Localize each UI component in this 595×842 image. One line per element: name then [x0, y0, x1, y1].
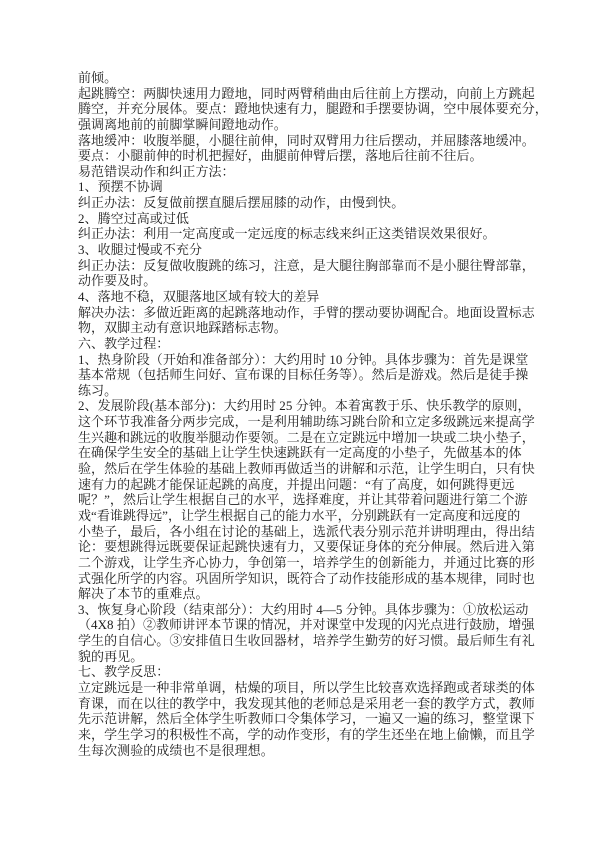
- text-line: 解决了本节的重难点。: [78, 586, 539, 602]
- text-line: 七、教学反思：: [78, 664, 539, 680]
- text-line: 4、落地不稳，双腿落地区域有较大的差异: [78, 289, 539, 305]
- text-line: 强调离地前的前脚掌瞬间蹬地动作。: [78, 117, 539, 133]
- text-line: 呢？”，然后让学生根据自己的水平，选择难度，并让其带着问题进行第二个游: [78, 492, 539, 508]
- text-line: 这个环节我准备分两步完成，一是利用辅助练习跳台阶和立定多级跳远来提高学: [78, 414, 539, 430]
- text-line: 基本常规（包括师生问好、宣布课的目标任务等）。然后是游戏。然后是徒手操: [78, 367, 539, 383]
- text-line: 立定跳远是一种非常单调，枯燥的项目，所以学生比较喜欢选择跑或者球类的体: [78, 680, 539, 696]
- text-line: 解决办法：多做近距离的起跳落地动作，手臂的摆动要协调配合。地面设置标志: [78, 305, 539, 321]
- text-line: 学生的自信心。③安排值日生收回器材，培养学生勤劳的好习惯。最后师生有礼: [78, 633, 539, 649]
- text-line: 戏“看谁跳得远”，让学生根据自己的能力水平，分别跳跃有一定高度和远度的: [78, 508, 539, 524]
- text-line: 动作要及时。: [78, 273, 539, 289]
- text-line: （4X8 拍）②教师讲评本节课的情况，并对课堂中发现的闪光点进行鼓励，增强: [78, 617, 539, 633]
- text-line: 1、预摆不协调: [78, 179, 539, 195]
- text-line: 小垫子，最后，各小组在讨论的基础上，选派代表分别示范并讲明理由，得出结: [78, 524, 539, 540]
- text-line: 易范错误动作和纠正方法：: [78, 164, 539, 180]
- text-line: 生每次测验的成绩也不是很理想。: [78, 743, 539, 759]
- text-line: 练习。: [78, 383, 539, 399]
- text-line: 3、收腿过慢或不充分: [78, 242, 539, 258]
- text-line: 来，学生学习的积极性不高，学的动作变形，有的学生还坐在地上偷懒，而且学: [78, 727, 539, 743]
- text-line: 貌的再见。: [78, 649, 539, 665]
- text-line: 二个游戏，让学生齐心协力，争创第一，培养学生的创新能力，并通过比赛的形: [78, 555, 539, 571]
- text-line: 腾空，并充分展体。要点：蹬地快速有力，腿蹬和手摆要协调，空中展体要充分，: [78, 101, 539, 117]
- text-line: 落地缓冲：收腹举腿，小腿往前伸，同时双臂用力往后摆动，并屈膝落地缓冲。: [78, 133, 539, 149]
- text-line: 论：要想跳得远既要保证起跳快速有力，又要保证身体的充分伸展。然后进入第: [78, 539, 539, 555]
- text-line: 起跳腾空：两脚快速用力蹬地，同时两臂稍曲由后往前上方摆动，向前上方跳起: [78, 86, 539, 102]
- document-text: 前倾。起跳腾空：两脚快速用力蹬地，同时两臂稍曲由后往前上方摆动，向前上方跳起腾空…: [78, 70, 539, 758]
- text-line: 速有力的起跳才能保证起跳的高度，并提出问题：“有了高度，如何跳得更远: [78, 477, 539, 493]
- text-line: 1、热身阶段（开始和准备部分）：大约用时 10 分钟。具体步骤为：首先是课堂: [78, 352, 539, 368]
- text-line: 2、腾空过高或过低: [78, 211, 539, 227]
- text-line: 纠正办法：反复做收腹跳的练习，注意，是大腿往胸部靠而不是小腿往臀部靠，: [78, 258, 539, 274]
- text-line: 在确保学生安全的基础上让学生快速跳跃有一定高度的小垫子，先做基本的体: [78, 445, 539, 461]
- text-line: 育课，而在以往的教学中，我发现其他的老师总是采用老一套的教学方式，教师: [78, 696, 539, 712]
- text-line: 要点：小腿前伸的时机把握好，曲腿前伸臂后摆，落地后往前不往后。: [78, 148, 539, 164]
- text-line: 3、恢复身心阶段（结束部分）：大约用时 4—5 分钟。具体步骤为：①放松运动: [78, 602, 539, 618]
- text-line: 式强化所学的内容。巩固所学知识，既符合了动作技能形成的基本规律，同时也: [78, 571, 539, 587]
- text-line: 物，双脚主动有意识地踩踏标志物。: [78, 320, 539, 336]
- document-page: 前倾。起跳腾空：两脚快速用力蹬地，同时两臂稍曲由后往前上方摆动，向前上方跳起腾空…: [0, 0, 595, 842]
- text-line: 纠正办法：反复做前摆直腿后摆屈膝的动作，由慢到快。: [78, 195, 539, 211]
- text-line: 六、教学过程：: [78, 336, 539, 352]
- text-line: 前倾。: [78, 70, 539, 86]
- text-line: 生兴趣和跳远的收腹举腿动作要领。二是在立定跳远中增加一块或二块小垫子，: [78, 430, 539, 446]
- text-line: 纠正办法：利用一定高度或一定远度的标志线来纠正这类错误效果很好。: [78, 226, 539, 242]
- text-line: 2、发展阶段(基本部分)：大约用时 25 分钟。本着寓教于乐、快乐教学的原则，: [78, 398, 539, 414]
- text-line: 验，然后在学生体验的基础上教师再做适当的讲解和示范，让学生明白，只有快: [78, 461, 539, 477]
- text-line: 先示范讲解，然后全体学生听教师口令集体学习，一遍又一遍的练习，整堂课下: [78, 711, 539, 727]
